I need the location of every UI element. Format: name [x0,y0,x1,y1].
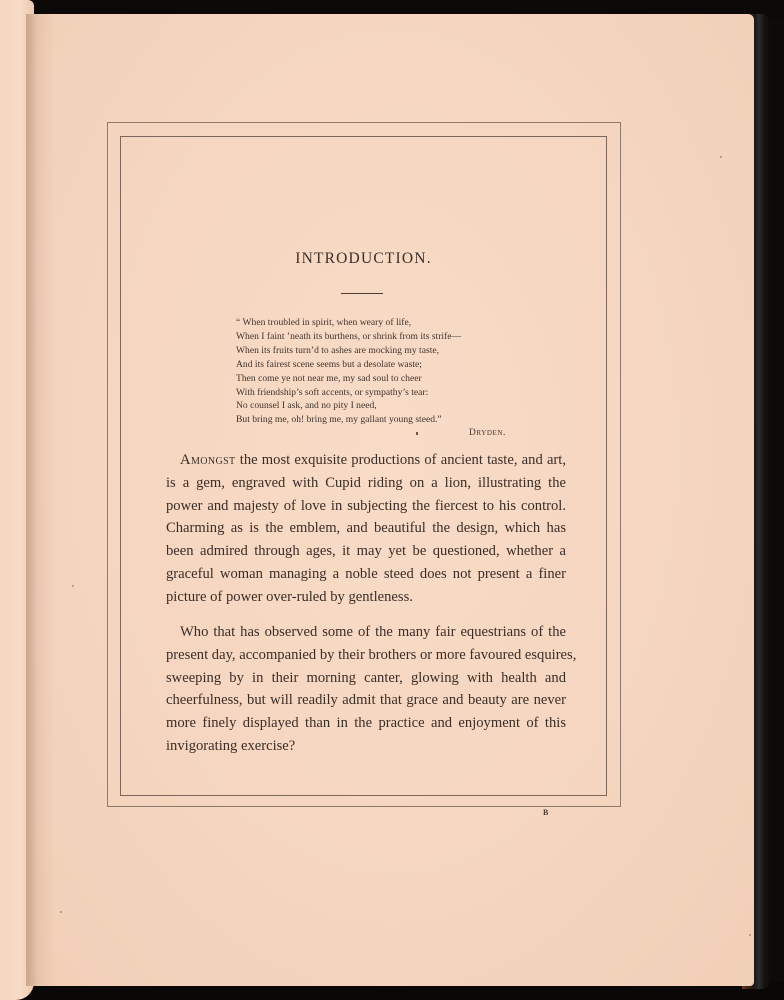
paragraph-line: graceful woman managing a noble steed do… [166,563,566,586]
paper-speck [72,585,74,587]
paper-speck [720,156,722,158]
paragraph-line: present day, accompanied by their brothe… [166,644,566,667]
epigraph-line: When its fruits turn’d to ashes are mock… [236,344,506,358]
epigraph-line: No counsel I ask, and no pity I need, [236,399,506,413]
gutter-shadow [26,14,56,986]
paragraph-line: picture of power over-ruled by gentlenes… [166,586,566,609]
paragraph-line: Who that has observed some of the many f… [166,621,566,644]
paper-speck [749,934,751,936]
paragraph-1: Amongst the most exquisite productions o… [166,449,566,609]
epigraph-line: But bring me, oh! bring me, my gallant y… [236,413,506,427]
epigraph-line: “ When troubled in spirit, when weary of… [236,316,506,330]
paragraph-line: invigorating exercise? [166,735,566,758]
title-rule [341,293,383,294]
paragraph-line: cheerfulness, but will readily admit tha… [166,689,566,712]
epigraph-attribution: Dryden. [236,427,506,441]
epigraph-line: With friendship’s soft accents, or sympa… [236,386,506,400]
paragraph-line-text: the most exquisite productions of ancien… [236,452,566,468]
signature-mark: B [543,808,548,817]
paper-speck [60,911,62,913]
epigraph-line: When I faint ’neath its burthens, or shr… [236,330,506,344]
paragraph-line: more finely displayed than in the practi… [166,712,566,735]
paragraph-line: sweeping by in their morning canter, glo… [166,667,566,690]
paragraph-line: is a gem, engraved with Cupid riding on … [166,472,566,495]
paragraph-line: Amongst the most exquisite productions o… [166,449,566,472]
paragraph-line: Charming as is the emblem, and beautiful… [166,517,566,540]
paragraph-line: power and majesty of love in subjecting … [166,495,566,518]
page-title: INTRODUCTION. [120,250,607,268]
drop-smallcaps-word: Amongst [180,452,236,468]
epigraph-line: Then come ye not near me, my sad soul to… [236,372,506,386]
ink-speck [416,432,418,435]
paragraph-line: been admired through ages, it may yet be… [166,540,566,563]
epigraph-line: And its fairest scene seems but a desola… [236,358,506,372]
paragraph-2: Who that has observed some of the many f… [166,621,566,758]
epigraph: “ When troubled in spirit, when weary of… [236,316,506,441]
